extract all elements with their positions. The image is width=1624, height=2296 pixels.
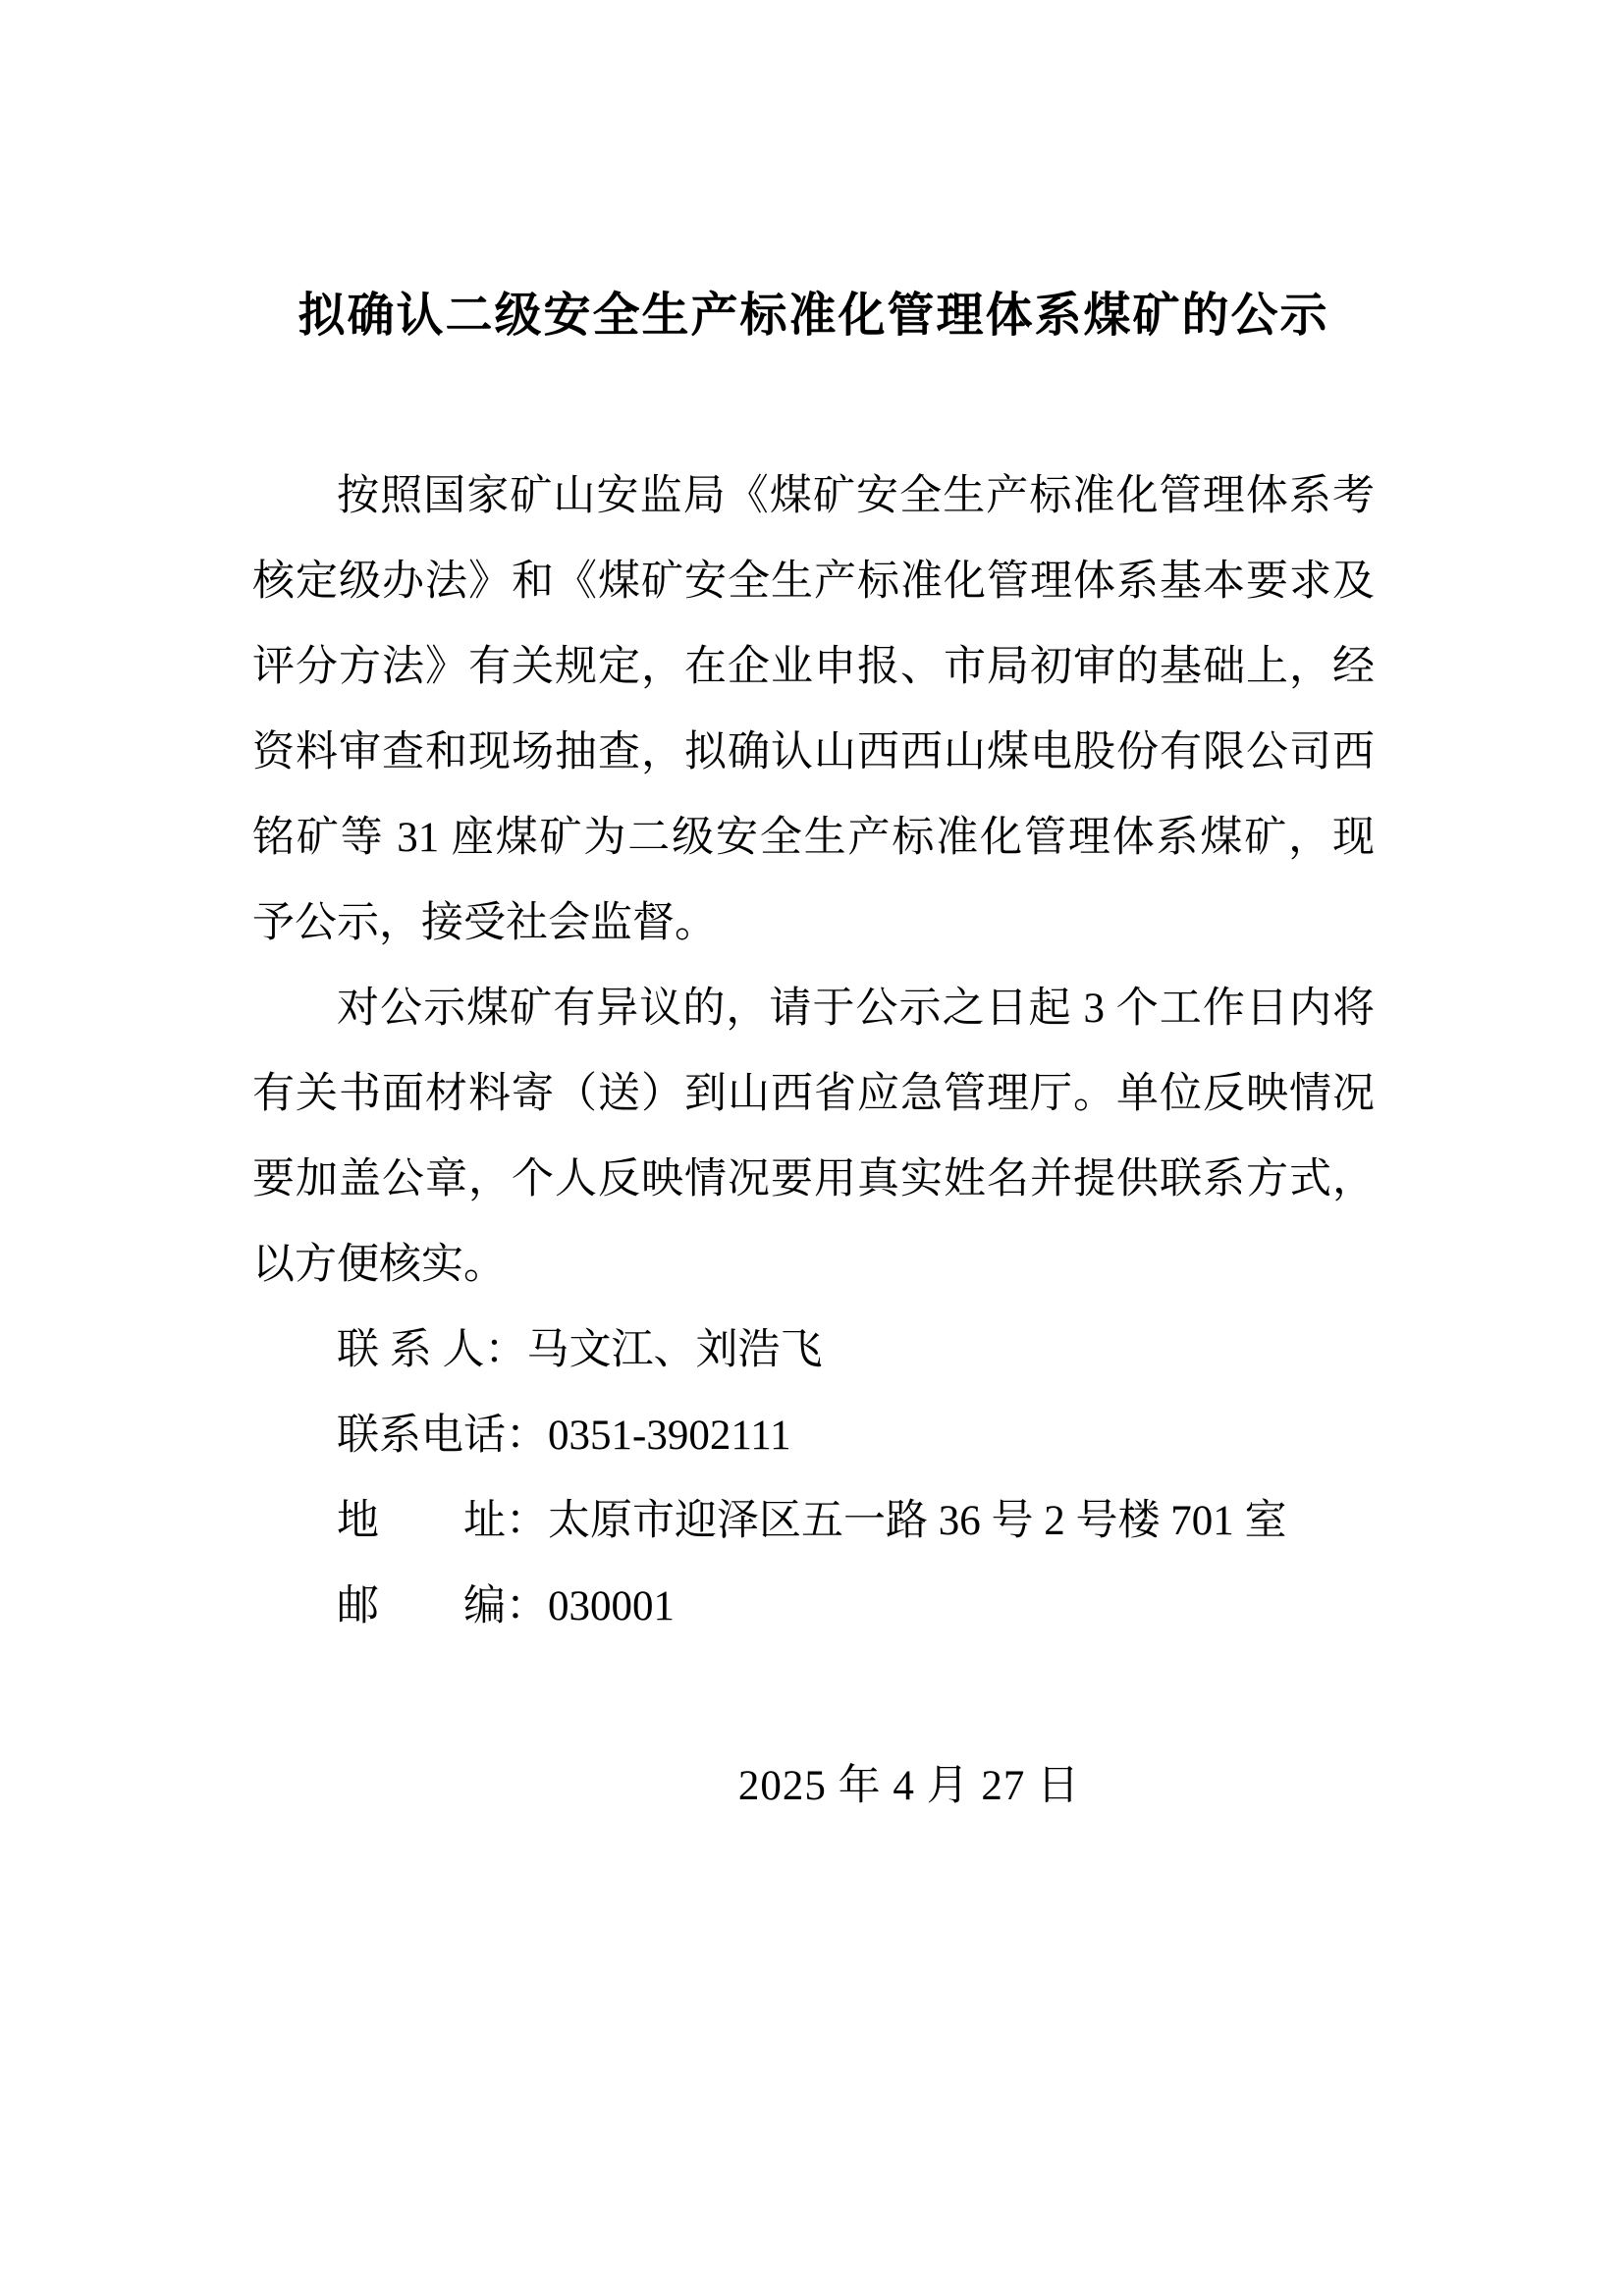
paragraph-1: 按照国家矿山安监局《煤矿安全生产标准化管理体系考 核定级办法》和《煤矿安全生产标… bbox=[252, 454, 1375, 966]
paragraph-1-line: 核定级办法》和《煤矿安全生产标准化管理体系基本要求及 bbox=[252, 539, 1375, 624]
paragraph-1-line: 铭矿等 31 座煤矿为二级安全生产标准化管理体系煤矿，现 bbox=[252, 795, 1375, 881]
document-page: 拟确认二级安全生产标准化管理体系煤矿的公示 按照国家矿山安监局《煤矿安全生产标准… bbox=[0, 0, 1624, 2296]
paragraph-2-line: 以方便核实。 bbox=[252, 1222, 1375, 1308]
paragraph-1-line: 按照国家矿山安监局《煤矿安全生产标准化管理体系考 bbox=[252, 454, 1375, 539]
paragraph-2-line: 对公示煤矿有异议的，请于公示之日起 3 个工作日内将 bbox=[252, 966, 1375, 1051]
paragraph-1-line: 资料审查和现场抽查，拟确认山西西山煤电股份有限公司西 bbox=[252, 710, 1375, 795]
contact-info: 联 系 人：马文江、刘浩飞 联系电话：0351-3902111 地 址：太原市迎… bbox=[252, 1308, 1375, 1649]
paragraph-2: 对公示煤矿有异议的，请于公示之日起 3 个工作日内将 有关书面材料寄（送）到山西… bbox=[252, 966, 1375, 1308]
contact-address-line: 地 址：太原市迎泽区五一路 36 号 2 号楼 701 室 bbox=[252, 1478, 1375, 1564]
page-title: 拟确认二级安全生产标准化管理体系煤矿的公示 bbox=[252, 287, 1375, 346]
paragraph-1-line: 予公示，接受社会监督。 bbox=[252, 881, 1375, 966]
paragraph-1-line: 评分方法》有关规定，在企业申报、市局初审的基础上，经 bbox=[252, 624, 1375, 710]
document-date: 2025 年 4 月 27 日 bbox=[252, 1743, 1375, 1829]
contact-phone-line: 联系电话：0351-3902111 bbox=[252, 1393, 1375, 1478]
document-content: 拟确认二级安全生产标准化管理体系煤矿的公示 按照国家矿山安监局《煤矿安全生产标准… bbox=[0, 287, 1624, 1829]
paragraph-2-line: 要加盖公章，个人反映情况要用真实姓名并提供联系方式， bbox=[252, 1137, 1375, 1222]
contact-postcode-line: 邮 编：030001 bbox=[252, 1564, 1375, 1649]
contact-person-line: 联 系 人：马文江、刘浩飞 bbox=[252, 1308, 1375, 1393]
paragraph-2-line: 有关书面材料寄（送）到山西省应急管理厅。单位反映情况 bbox=[252, 1051, 1375, 1137]
